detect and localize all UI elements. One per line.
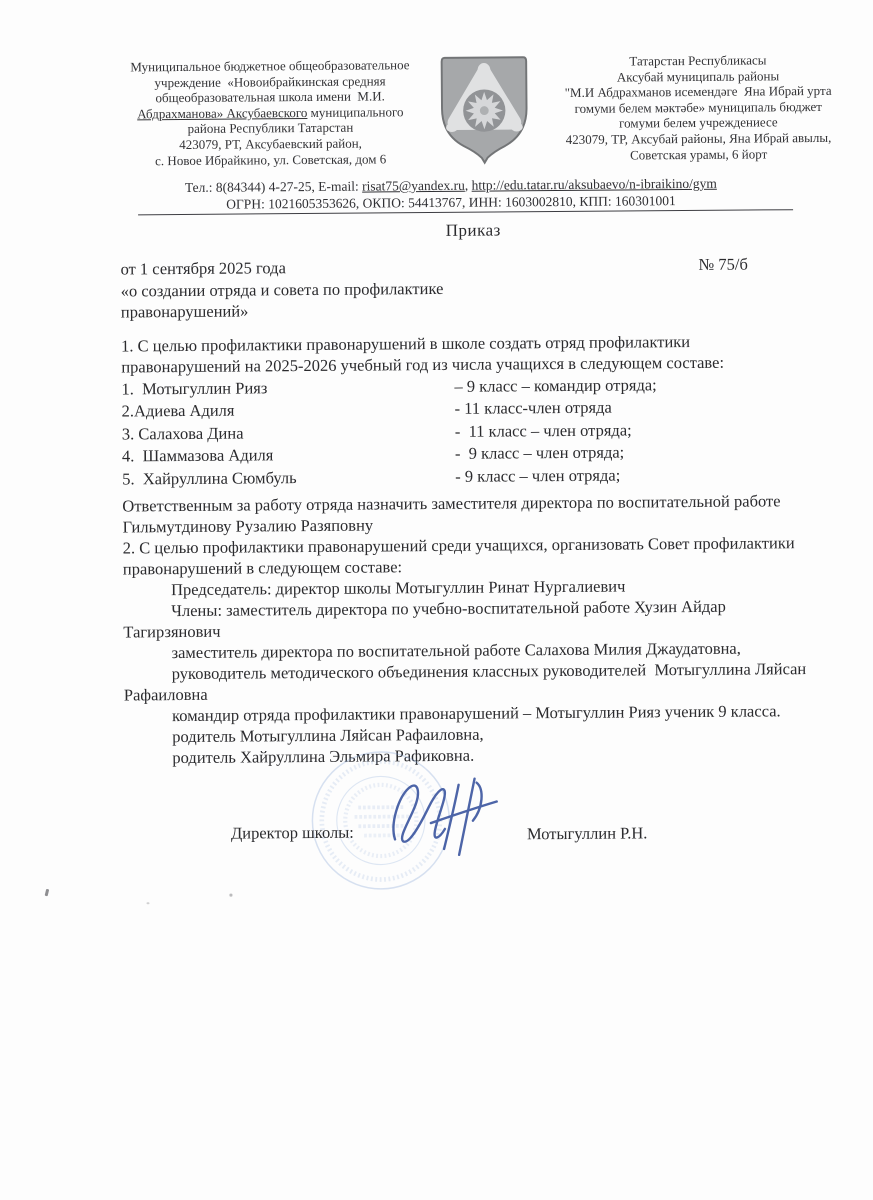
order-number: № 75/б [698,254,748,275]
student-name: 3. Салахова Дина [122,421,455,446]
order-date: от 1 сентября 2025 года [120,258,285,278]
squad-member-list: 1. Мотыгуллин Рияз – 9 класс – командир … [121,373,828,490]
scanned-sheet: Муниципальное бюджетное общеобразователь… [0,0,873,1200]
student-role: - 9 класс – член отряда; [455,462,828,487]
org-left-underlined: Абдрахманова» Аксубаевского [137,105,307,121]
org-left-line4: Абдрахманова» Аксубаевского муниципально… [109,104,431,122]
council-member: родитель Хайруллина Эльмира Рафиковна. [124,742,830,769]
student-name: 5. Хайруллина Сюмбуль [122,465,455,490]
list-item: 5. Хайруллина Сюмбуль - 9 класс – член о… [122,462,828,490]
org-left-lines: Муниципальное бюджетное общеобразователь… [109,57,431,106]
student-role: – 9 класс – командир отряда; [454,373,827,398]
student-role: - 11 класс-член отряда [455,395,828,420]
scan-speck [146,902,149,904]
contact-block: Тел.: 8(84344) 4-27-25, E-mail: risat75@… [98,175,804,214]
org-name-russian: Муниципальное бюджетное общеобразователь… [109,57,432,169]
scan-speck [45,889,50,897]
student-name: 4. Шаммазова Адиля [122,443,455,468]
website-link: http://edu.tatar.ru/aksubaevo/n-ibraikin… [472,176,717,193]
council-member: руководитель методического объединения к… [124,658,830,706]
student-name: 1. Мотыгуллин Рияз [121,376,454,401]
student-role: - 11 класс – член отряда; [455,418,828,443]
org-left-address: района Республики Татарстан 423079, РТ, … [109,119,431,168]
council-member-list: Председатель: директор школы Мотыгуллин … [123,574,830,769]
student-role: - 9 класс – член отряда; [455,440,828,465]
signature-label: Директор школы: [231,823,354,844]
org-right-lines: Татарстан Республикасы Аксубай муниципал… [535,52,862,164]
phone-label: Тел.: 8(84344) 4-27-25, E-mail: [185,179,362,195]
order-body: Приказ от 1 сентября 2025 года № 75/б «о… [120,217,830,768]
signature-name: Мотыгуллин Р.Н. [527,823,648,844]
signature-ink-icon [385,774,511,867]
student-name: 2.Адиева Адиля [122,398,455,423]
paragraph-responsible: Ответственным за работу отряда назначить… [122,490,828,538]
coat-of-arms-icon [434,53,535,167]
document-title: Приказ [120,217,826,244]
email-link: risat75@yandex.ru [362,178,465,194]
paragraph-squad-creation: 1. С целью профилактики правонарушений в… [121,330,827,378]
org-name-tatar: Татарстан Республикасы Аксубай муниципал… [535,52,862,164]
order-subject: «о создании отряда и совета по профилакт… [121,275,827,323]
scan-speck [229,894,232,897]
council-member: Члены: заместитель директора по учебно-в… [123,595,829,643]
org-left-line4-rest: муниципального [307,104,403,120]
document-page: Муниципальное бюджетное общеобразователь… [0,0,873,1200]
paragraph-council-creation: 2. С целью профилактики правонарушений с… [123,532,829,580]
